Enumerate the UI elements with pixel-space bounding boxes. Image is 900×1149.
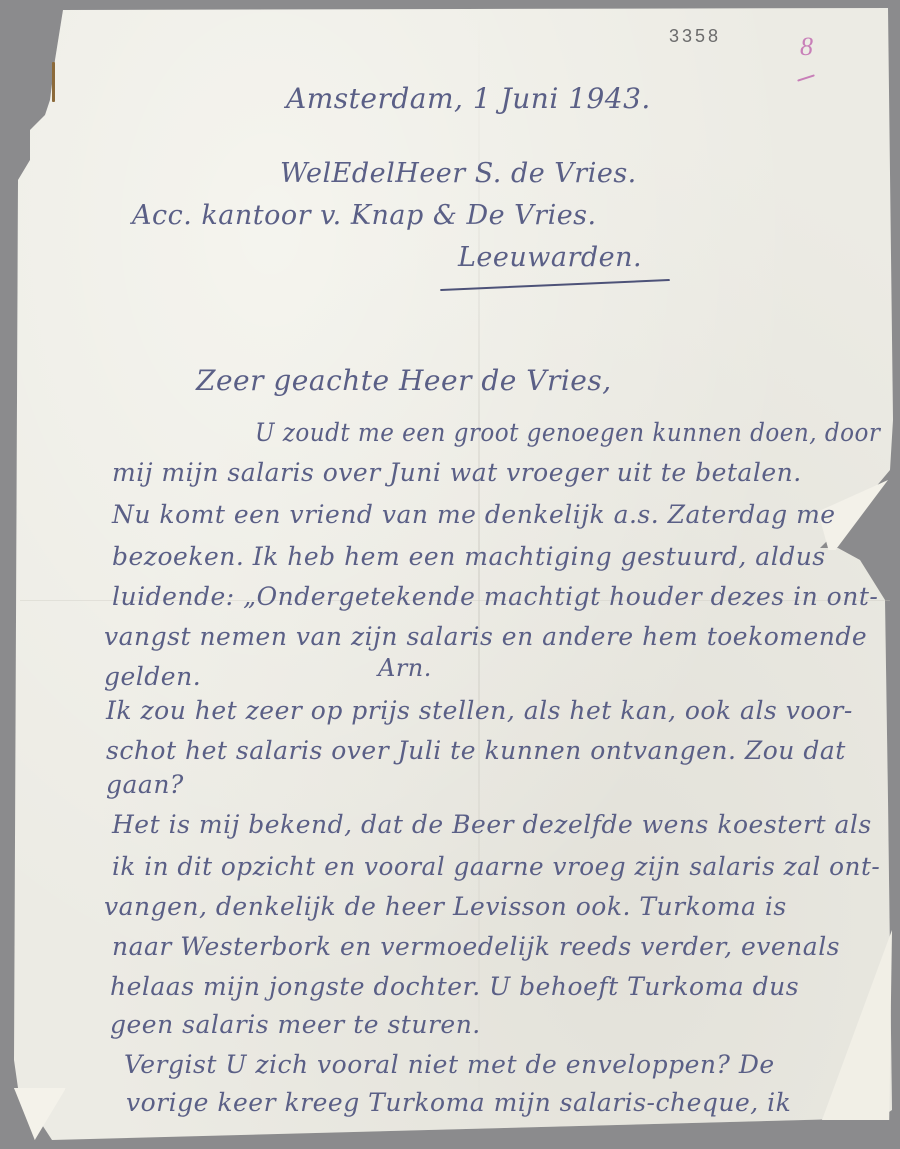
body-line: naar Westerbork en vermoedelijk reeds ve… [112, 932, 840, 961]
inline-annotation: Arn. [378, 654, 432, 682]
body-line: gaan? [106, 770, 184, 799]
body-line: bezoeken. Ik heb hem een machtiging gest… [112, 542, 826, 571]
body-line: Vergist U zich vooral niet met de envelo… [124, 1050, 775, 1079]
scan-background: 3358 8 Amsterdam, 1 Juni 1943. WelEdelHe… [0, 0, 900, 1149]
body-line: Nu komt een vriend van me denkelijk a.s.… [112, 500, 836, 529]
body-line: luidende: „Ondergetekende machtigt houde… [112, 582, 878, 611]
page-number: 8 [800, 32, 813, 62]
body-line: schot het salaris over Juli te kunnen on… [106, 736, 846, 765]
body-line: vorige keer kreeg Turkoma mijn salaris-c… [126, 1088, 791, 1117]
staple-mark [52, 62, 55, 102]
body-line: vangen, denkelijk de heer Levisson ook. … [104, 892, 787, 921]
body-line: mij mijn salaris over Juni wat vroeger u… [112, 458, 802, 487]
body-line: Het is mij bekend, dat de Beer dezelfde … [112, 810, 872, 839]
body-line: Ik zou het zeer op prijs stellen, als he… [106, 696, 853, 725]
body-line: ik in dit opzicht en vooral gaarne vroeg… [112, 852, 880, 881]
body-line: gelden. [104, 662, 201, 691]
recipient-name: WelEdelHeer S. de Vries. [280, 158, 637, 189]
recipient-city: Leeuwarden. [458, 242, 642, 273]
body-line: helaas mijn jongste dochter. U behoeft T… [110, 972, 799, 1001]
body-line: vangst nemen van zijn salaris en andere … [104, 622, 867, 651]
body-line: geen salaris meer te sturen. [110, 1010, 481, 1039]
archive-number: 3358 [669, 26, 721, 47]
recipient-company: Acc. kantoor v. Knap & De Vries. [132, 200, 597, 231]
place-date: Amsterdam, 1 Juni 1943. [286, 82, 651, 115]
body-line: U zoudt me een groot genoegen kunnen doe… [255, 418, 880, 447]
salutation: Zeer geachte Heer de Vries, [196, 364, 612, 397]
